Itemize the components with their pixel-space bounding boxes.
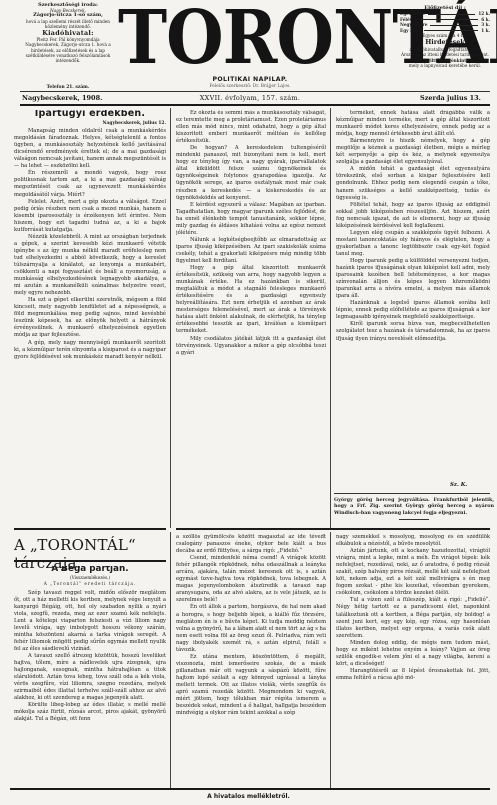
- divider: [334, 493, 490, 494]
- article-dateline: Nagybecskerek, julius 12.: [14, 120, 166, 127]
- paragraph: E kérdést egyszerű a válasz: Magában az …: [176, 202, 326, 237]
- article-column-3: terméket, ennek hatása alatt drágábbá vá…: [336, 110, 490, 488]
- volume-issue: XXVII. évfolyam, 157. szám.: [180, 94, 320, 102]
- paragraph: Hogy a gép által kiszoritott munkaerőt é…: [176, 265, 326, 335]
- article-headline: Ipartügyi érdekben.: [14, 110, 166, 117]
- article-column-2: Ez okozta és semmi más a munkásosztály v…: [176, 110, 326, 525]
- paragraph: Mily csodálatos játékát látjuk itt a gaz…: [176, 336, 326, 357]
- paragraph: Szép tavaszi reggel volt, midőn először …: [14, 590, 166, 653]
- column-divider: [330, 532, 331, 788]
- publisher-heading: Kiadóhivatal:: [22, 31, 114, 36]
- editor-line: Felelős szerkesztő: Dr. Brájjer Lajos.: [180, 84, 320, 89]
- newspaper-title: TORONTÁL: [118, 0, 398, 79]
- paragraph: Körülte libeg-lobeg az édes illatár, s m…: [14, 702, 166, 723]
- office-address: Zágorjo-utcza 1-sö szám,: [22, 13, 114, 18]
- paragraph: a szőllős gyümölcsös között magasztal az…: [176, 534, 326, 555]
- paragraph: Tul a vízen szól a füleszép, kiált a rig…: [336, 597, 490, 639]
- paragraph: A midőn tehát a gazdasági élet egyensuly…: [336, 166, 490, 201]
- newspaper-page: Szerkesztőségi iroda: Nagy-Becskerek, Zá…: [0, 0, 497, 805]
- feuilleton-column-2: a szőllős gyümölcsös között magasztal az…: [176, 534, 326, 786]
- paragraph: Harangütésről az 8 lépést őrosnakottak f…: [336, 668, 490, 682]
- place-year: Nagybecskerek, 1908.: [22, 94, 102, 102]
- news-notice: György görög herceg jegyváltása. Frankfu…: [334, 497, 494, 520]
- ads-heading: Hirdetések: [400, 40, 490, 45]
- paragraph: Csend, mindenfelé néma csend! A virágok …: [176, 555, 326, 604]
- feuilleton-headline: A Béga partján.: [14, 566, 166, 573]
- paragraph: Manapság minden oldalról csak a munkáské…: [14, 128, 166, 170]
- paragraph: Hogy iparunk pedig a külfölddel versenye…: [336, 258, 490, 300]
- paragraph: A gép, mely nagy mennyiségű munkaerőt sz…: [14, 340, 166, 361]
- editorial-office-box: Szerkesztőségi iroda: Nagy-Becskerek, Zá…: [22, 3, 114, 63]
- paragraph: Felelet. Azért, mert a gép okozta a váls…: [14, 199, 166, 234]
- divider: [14, 560, 166, 562]
- publisher-text: Pleitz Fer. Pál könyvnyomdája Nagybecske…: [22, 37, 114, 63]
- divider: [20, 104, 490, 106]
- paragraph: Minden dolog eddig, de mégis nem tudom m…: [336, 640, 490, 668]
- column-divider: [330, 108, 331, 528]
- paragraph: Nálunk a legkétségbeejtőbb az elmaradott…: [176, 237, 326, 265]
- telephone: Telefon 21. szám.: [22, 85, 114, 90]
- footer-heading: A hivatalos mellékletről.: [0, 793, 497, 800]
- feuilleton-column-3: nagy szemekkel s mosolyog, mosolyog és é…: [336, 534, 490, 786]
- paragraph: terméket, ennek hatása alatt drágábbá vá…: [336, 110, 490, 138]
- article-signature: Sz. K.: [450, 482, 467, 488]
- subscription-box: Előfizetési díj : Egész évre12 k. Félévr…: [400, 6, 490, 68]
- paragraph: Ez utána mentem, köszöntöttem, ő megállt…: [176, 654, 326, 717]
- article-column-1: Ipartügyi érdekben. Nagybecskerek, juliu…: [14, 110, 166, 500]
- paragraph: Kiről iparunk sorsa bízva van, megbecsül…: [336, 321, 490, 342]
- divider: [20, 91, 490, 92]
- office-note: hová a lap szellemi részét illető minden…: [22, 19, 114, 29]
- paragraph: A tavaszi szellő átrezeg közöttük, hossz…: [14, 653, 166, 702]
- divider: [14, 528, 166, 530]
- ads-text: a kiadóhivatalban fogadtatnak el. Árszab…: [400, 47, 490, 58]
- paragraph: Hazánknak a legelső iparos államok soráb…: [336, 300, 490, 321]
- paragraph: Nézzük közelebbről. A mint az országban …: [14, 234, 166, 297]
- paragraph: Legyen elég csupán a szakképzés ügyét fe…: [336, 230, 490, 258]
- paragraph: nagy szemekkel s mosolyog, mosolyog és é…: [336, 534, 490, 548]
- paragraph: Ha ezt a gépet elkerülni szeretnők, mégs…: [14, 297, 166, 339]
- paragraph: Ez okozta és semmi más a munkásosztály v…: [176, 110, 326, 145]
- feuilleton-origin: A „Torontál“ eredeti tárczája.: [14, 580, 166, 587]
- column-divider: [170, 108, 171, 528]
- feuilleton-column-1: A Béga partján. (Visszaemlékezés.) A „To…: [14, 566, 166, 786]
- paragraph: Aztán jártunk, ott a kockany hazudozotta…: [336, 548, 490, 597]
- paragraph: Én ott állok a partom, horgászva, de hal…: [176, 604, 326, 653]
- paragraph: Föltétel tehát, hogy az iparos ifjuság a…: [336, 202, 490, 230]
- divider: [399, 519, 429, 520]
- paragraph: Én részemről a mondó vagyok, hogy rosz p…: [14, 170, 166, 198]
- column-divider: [170, 532, 171, 788]
- paragraph: Bármennyire is hiszik némelyek, hogy a g…: [336, 138, 490, 166]
- divider: [176, 528, 490, 530]
- paragraph: De hogyan? A kereskedelem tultengéséről …: [176, 145, 326, 201]
- divider: [10, 788, 490, 790]
- newspaper-subtitle: POLITIKAI NAPILAP.: [180, 76, 320, 83]
- nyiltter-note: mely a lapnyolcad keretébe kerül.: [400, 63, 490, 68]
- issue-date: Szerda julius 13.: [420, 94, 481, 102]
